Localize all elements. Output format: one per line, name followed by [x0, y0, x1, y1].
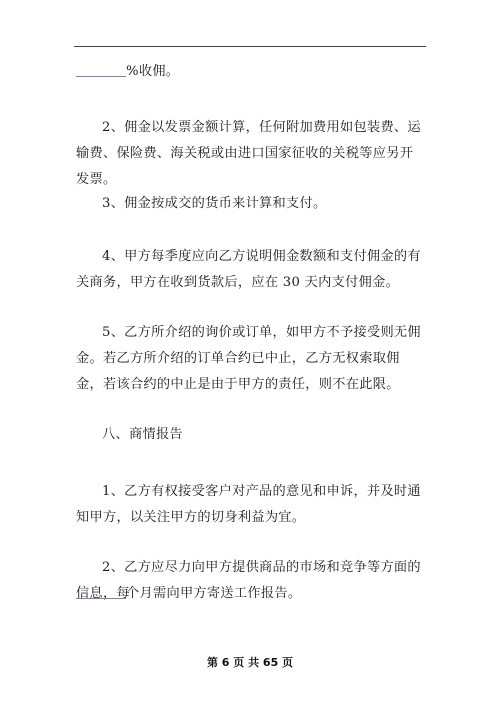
paragraph-clause-3: 3、佣金按成交的货币来计算和支付。: [76, 191, 426, 217]
page-number: 第 6 页 共 65 页: [0, 654, 500, 670]
fill-in-blank[interactable]: [76, 584, 126, 599]
paragraph-clause-4: 4、甲方每季度应向乙方说明佣金数额和支付佣金的有关商务，甲方在收到货款后，应在 …: [76, 244, 426, 296]
paragraph-text: %收佣。: [126, 64, 179, 79]
paragraph-text: 个月需向甲方寄送工作报告。: [126, 586, 301, 601]
paragraph-report-clause-1: 1、乙方有权接受客户对产品的意见和申诉，并及时通知甲方，以关注甲方的切身利益为宜…: [76, 479, 426, 531]
paragraph-clause-2: 2、佣金以发票金额计算，任何附加费用如包装费、运输费、保险费、海关税或由进口国家…: [76, 115, 426, 193]
paragraph-commission-rate: %收佣。: [76, 59, 426, 85]
header-rule: [74, 46, 426, 47]
section-heading-business-report: 八、商情报告: [76, 422, 426, 448]
paragraph-report-clause-2-cont: 个月需向甲方寄送工作报告。: [76, 581, 426, 607]
paragraph-clause-5: 5、乙方所介绍的询价或订单，如甲方不予接受则无佣金。若乙方所介绍的订单合约已中止…: [76, 320, 426, 398]
fill-in-blank[interactable]: [76, 62, 126, 77]
